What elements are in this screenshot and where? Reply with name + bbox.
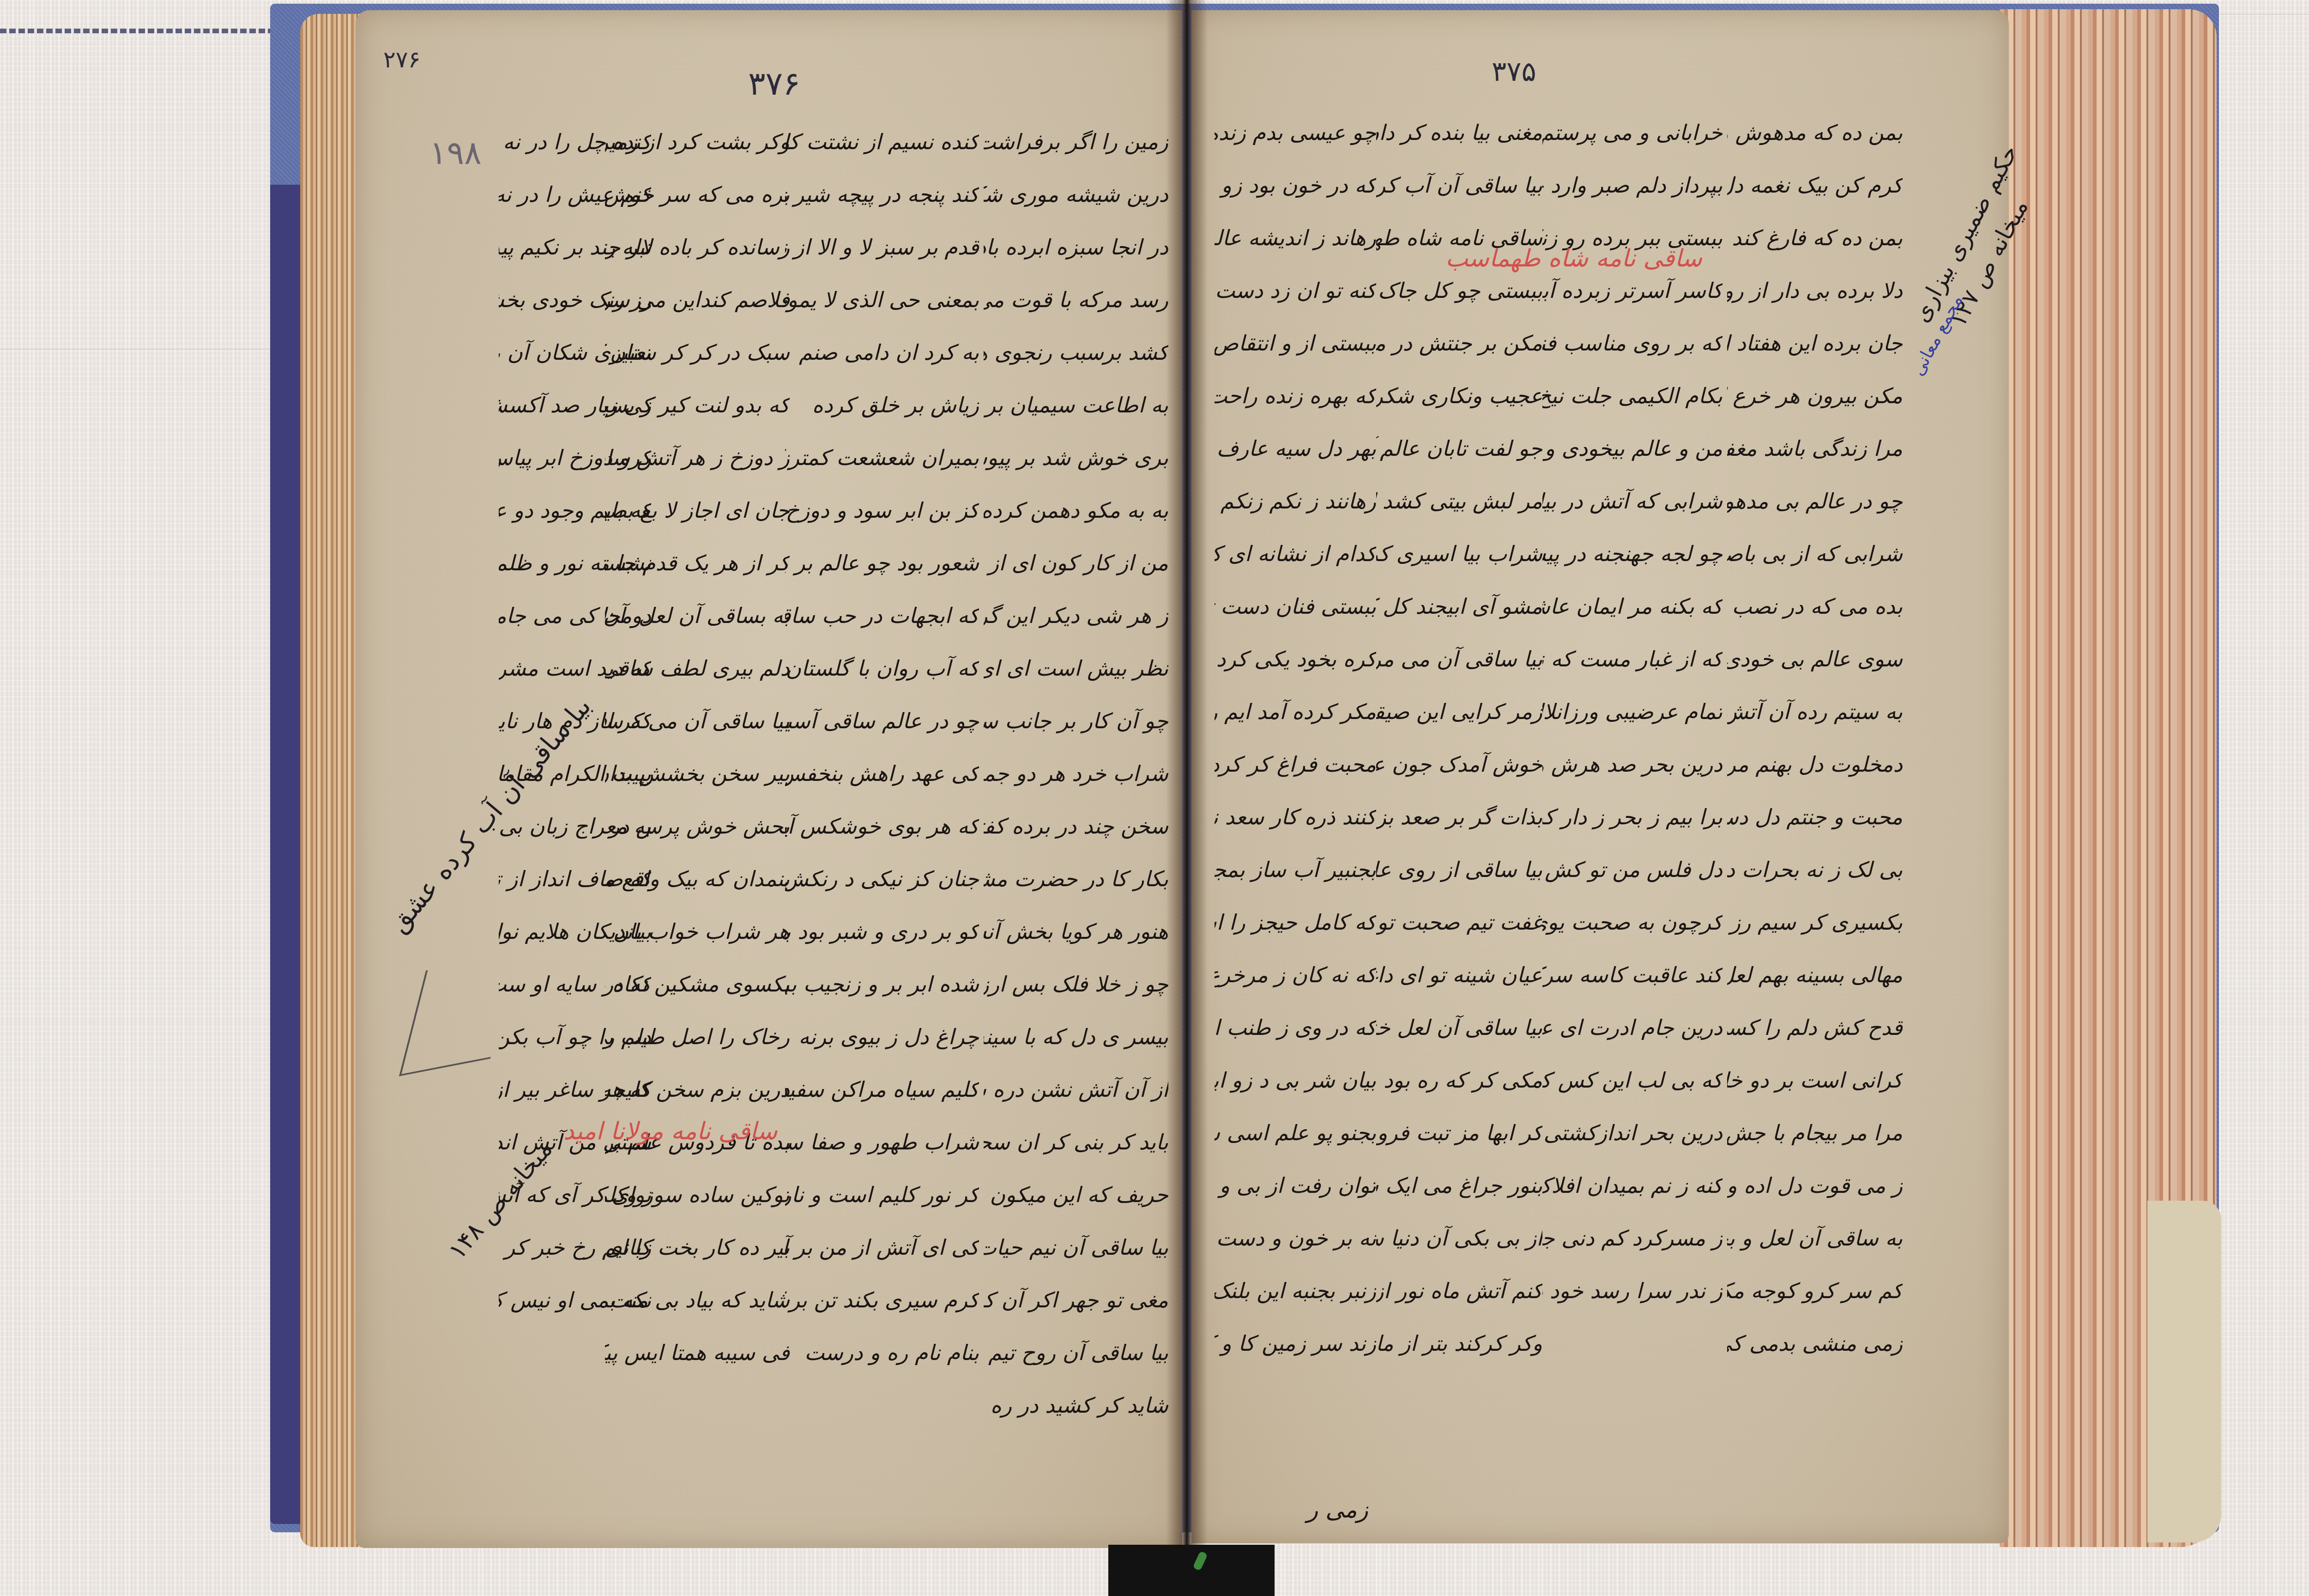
verse-line: بکار کا در حضرت مشهور — [984, 852, 1168, 905]
verse-line: تبر جند بر نکیم پید زنک — [499, 221, 651, 273]
right-page-column-1: بمن ده که مدهوش و مستم کندکرم کن بیک نغم… — [1727, 106, 1903, 1370]
verse-line: محبت فراغ کر کرده حامد — [1215, 738, 1376, 791]
verse-line: چو لجه جهنجنه در پیش دل — [1542, 527, 1723, 580]
verse-line: بی لک ز نه بحرات دو دور — [1727, 843, 1903, 896]
verse-line: به اطاعت سیمیان بر مکرد — [984, 379, 1168, 431]
verse-line: بمعنی حی الذی لا یموت — [785, 273, 979, 326]
verse-line: بپرداز دلم صبر وارد جان تکب — [1542, 159, 1723, 212]
verse-line: مکر کرده آمد ایم روی — [1215, 685, 1376, 738]
verse-line: بجنو پو علم اسی سیار سبیس — [1215, 1106, 1376, 1159]
verse-line: عیان شینه تو ای داغی عک — [1376, 949, 1542, 1001]
verse-line: کو بر دری و شبر بود بی نصیب — [785, 905, 979, 958]
verse-line: دلا برده بی دار از روی کا — [1727, 264, 1903, 317]
verse-line: مکن بر جنتش در مرخوش نش — [1376, 317, 1542, 369]
verse-line: که در وی ز طنب از بخشش ماک — [1215, 1001, 1376, 1054]
backdrop-print-strip — [0, 29, 286, 33]
cloth-binding-shadow — [270, 185, 305, 1524]
verse-line: بمیران شعشعت کمتر کنکاه — [785, 431, 979, 484]
verse-line: زیاش بر خلق کرده — [785, 379, 979, 431]
verse-line: شراب خرد هر دو جمیل رو — [984, 747, 1168, 800]
verse-line: شراب طهور و صفا سیم آرزو — [785, 1116, 979, 1168]
verse-line: سخن چند در برده کفتن توان — [984, 800, 1168, 852]
verse-line: قدم بر سبز لا و الا از نم — [785, 221, 979, 273]
verse-line: مرا زندگی باشد مغفور کنج — [1727, 422, 1903, 475]
pencil-number: ۱۹۸ — [429, 134, 482, 172]
verse-line: شاید کر کشید در ره خود ره خلاص — [984, 1379, 1168, 1432]
verse-line: تمام عرضیبی ورزانلالبیر — [1542, 685, 1723, 738]
verse-line: چو آن کار بر جانب سیال — [984, 695, 1168, 747]
verse-line: که هر بوی خوشکس آید خلان — [785, 800, 979, 852]
folio-number: ۳۷۵ — [1492, 55, 1536, 88]
verse-line: نکه بمی او نیس کامی فراغ — [499, 1274, 651, 1326]
verse-line: که بی لب این کس کند ملی — [1542, 1054, 1723, 1106]
verse-line: کرم سیری بکند تن بر کا — [785, 1274, 979, 1326]
verse-line: زند سر زمین کا و کردون خرام — [1215, 1317, 1376, 1370]
verse-line: که ابجهات در حب ساقیا — [785, 589, 979, 642]
verse-line: بجنبیر آب ساز بمجی ساز حل — [1215, 843, 1376, 896]
verse-line: کر ابها مز تبت فرو بست — [1376, 1106, 1542, 1159]
verse-line: فی سیبه همتا ایس پیک خلاف — [605, 1326, 790, 1379]
verse-line: بیا ساقی آن آب کرده عقیق — [1376, 159, 1542, 212]
right-page-column-3: مغنی بیا بنده کر دان مرابیا ساقی آن آب ک… — [1376, 106, 1542, 1370]
verse-line: بکام الکیمی جلت نیخ — [1542, 369, 1723, 422]
verse-line: ز هر شی دیکر این گرفتم — [984, 589, 1168, 642]
verse-line: جان برده این هفتاد ابر — [1727, 317, 1903, 369]
verse-line: بیا ساقی آن می مرا داد — [1376, 633, 1542, 685]
verse-line: کدام از نشانه ای کند بی نیاز — [1215, 527, 1376, 580]
verse-line: بیا ساقی آن لعل خنده عک — [1376, 1001, 1542, 1054]
verse-line: کی ای آتش از من بر آور دو — [785, 1221, 979, 1274]
verse-line: بکسیری کر سیم رز شود — [1727, 896, 1903, 949]
verse-line: بری خوش شد بر پیوسته کرده — [984, 431, 1168, 484]
verse-line: کی عهد راهش بنخفس توان — [785, 747, 979, 800]
verse-line: بیا ساقی از روی علم بعل — [1376, 843, 1542, 896]
verse-line: هنور هر کویا بخش آنساغو زود — [984, 905, 1168, 958]
verse-line: کند پنجه در پیچه شیر ز — [785, 168, 979, 221]
verse-line: شرابی که آتش در بیاوخس — [1542, 475, 1723, 527]
verse-line: درین جام ادرت ای عافلی — [1542, 1001, 1723, 1054]
verse-line: بیان شر بی د زو ابر وقر — [1215, 1054, 1376, 1106]
verse-line: نشسته نور و ظلمات لو — [499, 537, 651, 589]
verse-line: کنده نسیم از نشتت کا و زمین — [785, 115, 979, 168]
spine-shadow — [1108, 1545, 1275, 1596]
catchword: زمی ر — [1307, 1496, 1368, 1523]
verse-line: بیا ساقی آن روح تیم تو ار — [984, 1326, 1168, 1379]
verse-line: رهانند ز نکم زنکم بیا دم — [1215, 475, 1376, 527]
left-page-column-1: زمین را اگر برفراشت زکیندرین شیشه موری ش… — [984, 115, 1168, 1432]
verse-line: بنور جراغ می ایک سک — [1376, 1159, 1542, 1212]
verse-line: سوی عالم بی خودی کن کند — [1727, 633, 1903, 685]
verse-line: نظر بیش است ای ای عالم رضا — [984, 642, 1168, 695]
verse-line: مکن بیرون هر خرع انجم — [1727, 369, 1903, 422]
verse-line: ببستی فنان دست تان — [1215, 580, 1376, 633]
verse-line: ز مسرکرد کم دنی جه کو — [1542, 1212, 1723, 1264]
verse-line: چراغ دل ز بیوی برنه — [785, 1010, 979, 1063]
verse-line: توان رفت از بی و بی یار سنک — [1215, 1159, 1376, 1212]
right-page-column-4: چو عیسی بدم زنده کردان مراکه در خون بود … — [1215, 106, 1376, 1370]
verse-line: درین شیشه موری شکسته کمر — [984, 168, 1168, 221]
verse-line: عجیب ونکاری شکر آن که حشت — [1376, 369, 1542, 422]
verse-line: بمن ده که فارغ کند از غم — [1727, 212, 1903, 264]
verse-line: کرو دوزخ ابر پیاس بستان بکشتان نکنج — [499, 431, 651, 484]
verse-line: قدح کش دلم را کسی دوان — [1727, 1001, 1903, 1054]
verse-line: زمر کرایی این صیقل سنم — [1376, 685, 1542, 738]
verse-line: مشو آی ابیجند کل کرد — [1376, 580, 1542, 633]
folio-number: ۲۷۶ — [383, 46, 421, 73]
verse-line: چو در عالم ساقی آسبیم را شیر — [785, 695, 979, 747]
verse-line: که در سایه او ست بهار ی ندر — [499, 958, 651, 1010]
verse-line: شده ابر بر و زنجیب برده — [785, 958, 979, 1010]
right-page-column-2: خرابانی و می پرستم کندبپرداز دلم صبر وار… — [1542, 106, 1723, 1317]
verse-line: بیاندیکان هلایم نوار — [499, 905, 651, 958]
verse-line: من و عالم بیخودی و جنون — [1542, 422, 1723, 475]
verse-line: زمی منشی بدمی کی سیند کسرکر — [1727, 1317, 1903, 1370]
right-fore-edge-tail — [2147, 1201, 2221, 1542]
verse-line: ز می قوت دل اده وقت روح — [1727, 1159, 1903, 1212]
verse-line: که هر ساغر بیر از ز و بهره ست — [499, 1063, 651, 1116]
corner-page-number: ۳۷۶ — [748, 65, 800, 103]
verse-line: در انجا سبزه ابرده بادارم — [984, 221, 1168, 273]
verse-line: وکر کرکند بتر از ماده کام — [1376, 1317, 1542, 1370]
verse-line: شراب بیا اسیری کرا — [1376, 527, 1542, 580]
verse-line: به کرد ان دامی صنم — [785, 326, 979, 379]
verse-line: کرم کن بیک نغمه دل سبب — [1727, 159, 1903, 212]
verse-line: کره بخود یکی کرد ز آمده — [1215, 633, 1376, 685]
verse-line: مهالی بسینه بهم لعل — [1727, 949, 1903, 1001]
verse-line: کند عاقبت کاسه سرکرد — [1542, 949, 1723, 1001]
verse-line: محبت و جنتم دل دست — [1727, 791, 1903, 843]
verse-line: کنده چل را در نه بابی ببست — [499, 115, 651, 168]
verse-line: از آن آتش نشن دره سینه سور — [984, 1063, 1168, 1116]
verse-line: ز ندر سرا رسد خود در بار — [1542, 1264, 1723, 1317]
verse-line: رهاند ز اندیشه عالم — [1215, 212, 1376, 264]
verse-line: ببستی از و انتقاص کش — [1215, 317, 1376, 369]
verse-line: شعور بود چو عالم بر بوش — [785, 537, 979, 589]
verse-line: بیسر ی دل که با سینه وا — [984, 1010, 1168, 1063]
verse-line: بمن ده که مدهوش و مستم کند — [1727, 106, 1903, 159]
verse-line: که در خون بود زو بهشتی حقیق — [1215, 159, 1376, 212]
verse-line: تعبیری شکان آن برا نور خود نشسته — [499, 326, 651, 379]
verse-line: شرابی که از بی باصفا بسی — [1727, 527, 1903, 580]
verse-line: که نه کان ز مرخرع شمشیر نک — [1215, 949, 1376, 1001]
verse-line: به به مکو دهمن کرده کفت — [984, 484, 1168, 537]
verse-line: که صاف انداز از تقاضی ما — [499, 852, 651, 905]
verse-line: به سیتم رده آن آتش مراج — [1727, 685, 1903, 738]
verse-line: مغنی بیا بنده کر دان مرا — [1376, 106, 1542, 159]
verse-line: بده می که در نصب تو کنج دل — [1727, 580, 1903, 633]
verse-line: درین بحر صد هرش و کشتی — [1542, 738, 1723, 791]
verse-line: خرابانی و می پرستم کند — [1542, 106, 1723, 159]
left-page-column-2: کنده نسیم از نشتت کا و زمینکند پنجه در پ… — [785, 115, 979, 1379]
verse-line: کنم عیش را در نه بابی فرش — [499, 168, 651, 221]
verse-line: از بی بکی آن دنیا سنده — [1376, 1212, 1542, 1264]
verse-line: مکی کر که ره بود وفتن — [1376, 1054, 1542, 1106]
verse-line: زمین را اگر برفراشت زکین — [984, 115, 1168, 168]
verse-line: دمخلوت دل بهنم مر ضمیر — [1727, 738, 1903, 791]
verse-line: کم سر کرو کوجه مکرده آوز — [1727, 1264, 1903, 1317]
verse-line: حریف که این میکون خم آرزو — [984, 1168, 1168, 1221]
verse-line: که دید است مشرقی عاشق — [499, 642, 651, 695]
verse-line: چو عیسی بدم زنده کردان مرا — [1215, 106, 1376, 159]
verse-line: جو لفت تابان عالم آشفته — [1376, 422, 1542, 475]
verse-line: بیا ساقی آن نیم حیات سبیل — [984, 1221, 1168, 1274]
verse-line: که آب روان با گلستان سوخ — [785, 642, 979, 695]
verse-line: کرانی است بر دو خلق وفقی — [1727, 1054, 1903, 1106]
verse-line: که بر روی مناسب فنتوجهها — [1542, 317, 1723, 369]
verse-line: مرا مر بیجام با جش و بو — [1727, 1106, 1903, 1159]
backdrop-seam — [0, 349, 277, 350]
verse-line: چو ز خلا فلک بس ارزن عهد — [984, 958, 1168, 1010]
verse-line: ز بسیار صد آکسش کامی بود — [499, 379, 651, 431]
verse-line: زنبر بجنبه این بلنک کهن — [1215, 1264, 1376, 1317]
verse-line: به ساقی آن لعل و بخشی — [1727, 1212, 1903, 1264]
verse-line: دلم را چو آب بکن تجلی — [499, 1010, 651, 1063]
verse-line: که بایم وجود دو عالم عدم — [499, 484, 651, 537]
verse-line: کنه تو ان زد دست عالم کفن — [1215, 264, 1376, 317]
verse-line: کرچون به صحبت یوی بی ل — [1542, 896, 1723, 949]
verse-line: بهر دل سیه عارف ندیر — [1215, 422, 1376, 475]
rubric-heading: ساقی نامه مولانا امید — [563, 1118, 777, 1145]
verse-line: کر نور کلیم است و نار خلیل — [785, 1168, 979, 1221]
verse-line: خوش آمدک جون عام جاتشا — [1376, 738, 1542, 791]
verse-line: درین بحر اندازکشتی چو نوح — [1542, 1106, 1723, 1159]
verse-line: کنه ز نم بمیدان افلاک خش — [1542, 1159, 1723, 1212]
verse-line: مغی تو جهر اکر آن کرا عود — [984, 1274, 1168, 1326]
verse-line: کلیم سیاه مراکن سفید — [785, 1063, 979, 1116]
verse-line: مر لبش بیتی کشد ادوام — [1376, 475, 1542, 527]
verse-line: کنند ذره کار سعد ناقب — [1215, 791, 1376, 843]
verse-line: نه بر خون و دست و کریمان نیم — [1215, 1212, 1376, 1264]
verse-line: بنام نام ره و درست — [785, 1326, 979, 1379]
verse-line: من از کار کون ای از شم — [984, 537, 1168, 589]
verse-line: جنان کز نیکی د رنکش صیور بود — [785, 852, 979, 905]
verse-line: غفت تیم صحبت تو بیش — [1376, 896, 1542, 949]
verse-line: برا بیم ز بحر ز دار کرد — [1542, 791, 1723, 843]
verse-line: دو آن کی می جامی سلسل — [499, 589, 651, 642]
verse-line: که بکنه مر ایمان عاشقان — [1542, 580, 1723, 633]
verse-line: که بهره زنده راحت شد — [1215, 369, 1376, 422]
verse-line: رسد مرکه با قوت می کرد فو — [984, 273, 1168, 326]
verse-line: باید کر بنی کر ان سحاب امید — [984, 1116, 1168, 1168]
rubric-heading: ساقی نامه شاه طهماسب — [1445, 245, 1702, 272]
verse-line: زبانیم رخ خبر کر من — [499, 1221, 651, 1274]
verse-line: کشد برسبب رنجوی ها مینوش — [984, 326, 1168, 379]
gutter — [1166, 0, 1208, 1596]
verse-line: بذات گر بر صعد بزدن مرا — [1376, 791, 1542, 843]
verse-line: کنم آتش ماه نور از بی — [1376, 1264, 1542, 1317]
verse-line: که از غبار مست که ناعلاج — [1542, 633, 1723, 685]
verse-line: دل فلس من تو کش شود — [1542, 843, 1723, 896]
verse-line: که کامل حیجز را است در دو شان — [1215, 896, 1376, 949]
verse-line: چو در عالم بی مدهوش تو دوبکو — [1727, 475, 1903, 527]
verse-line: به معراج زبان بی کرده که م — [499, 800, 651, 852]
verse-line: رز رنک خودی بخشدم بیخودی — [499, 273, 651, 326]
verse-line: کز بن ابر سود و دوزخ آتشم — [785, 484, 979, 537]
